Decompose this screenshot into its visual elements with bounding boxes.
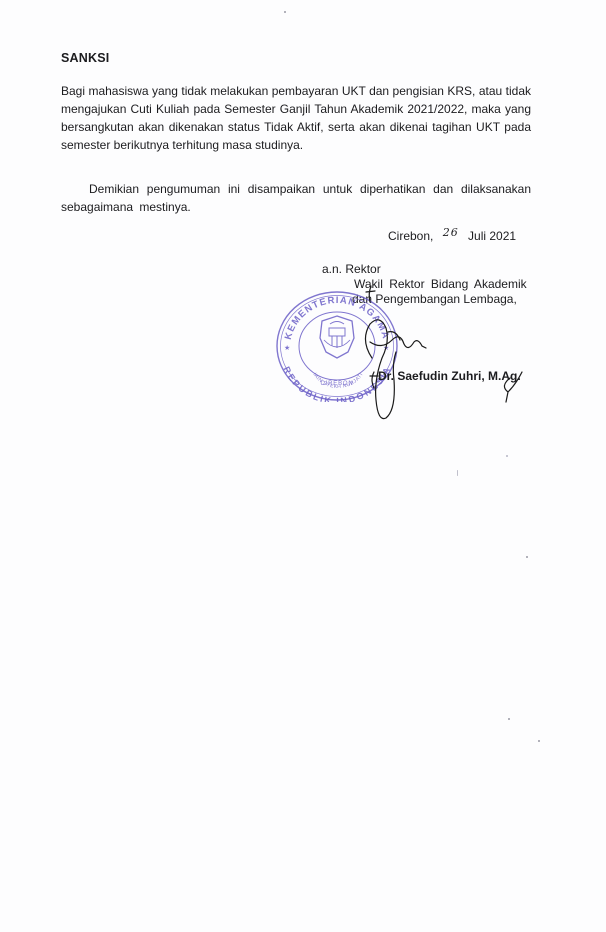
scan-speck bbox=[538, 740, 540, 742]
scan-speck bbox=[284, 11, 286, 13]
handwritten-signature-icon bbox=[330, 280, 530, 430]
place: Cirebon, bbox=[388, 229, 433, 243]
document-page: SANKSI Bagi mahasiswa yang tidak melakuk… bbox=[0, 0, 606, 932]
signer-name: Dr. Saefudin Zuhri, M.Ag. bbox=[378, 369, 521, 383]
on-behalf-label: a.n. Rektor bbox=[322, 262, 381, 276]
place-date: Cirebon, 26 Juli 2021 bbox=[388, 229, 516, 243]
scan-speck bbox=[506, 455, 508, 457]
scan-speck bbox=[508, 718, 510, 720]
svg-text:★: ★ bbox=[284, 344, 290, 352]
scan-speck bbox=[526, 556, 528, 558]
month-year: Juli 2021 bbox=[468, 229, 516, 243]
sanction-paragraph: Bagi mahasiswa yang tidak melakukan pemb… bbox=[61, 82, 531, 154]
closing-paragraph: Demikian pengumuman ini disampaikan untu… bbox=[61, 180, 531, 216]
section-heading: SANKSI bbox=[61, 51, 109, 65]
handwritten-day: 26 bbox=[443, 226, 459, 239]
scan-speck bbox=[457, 470, 458, 476]
